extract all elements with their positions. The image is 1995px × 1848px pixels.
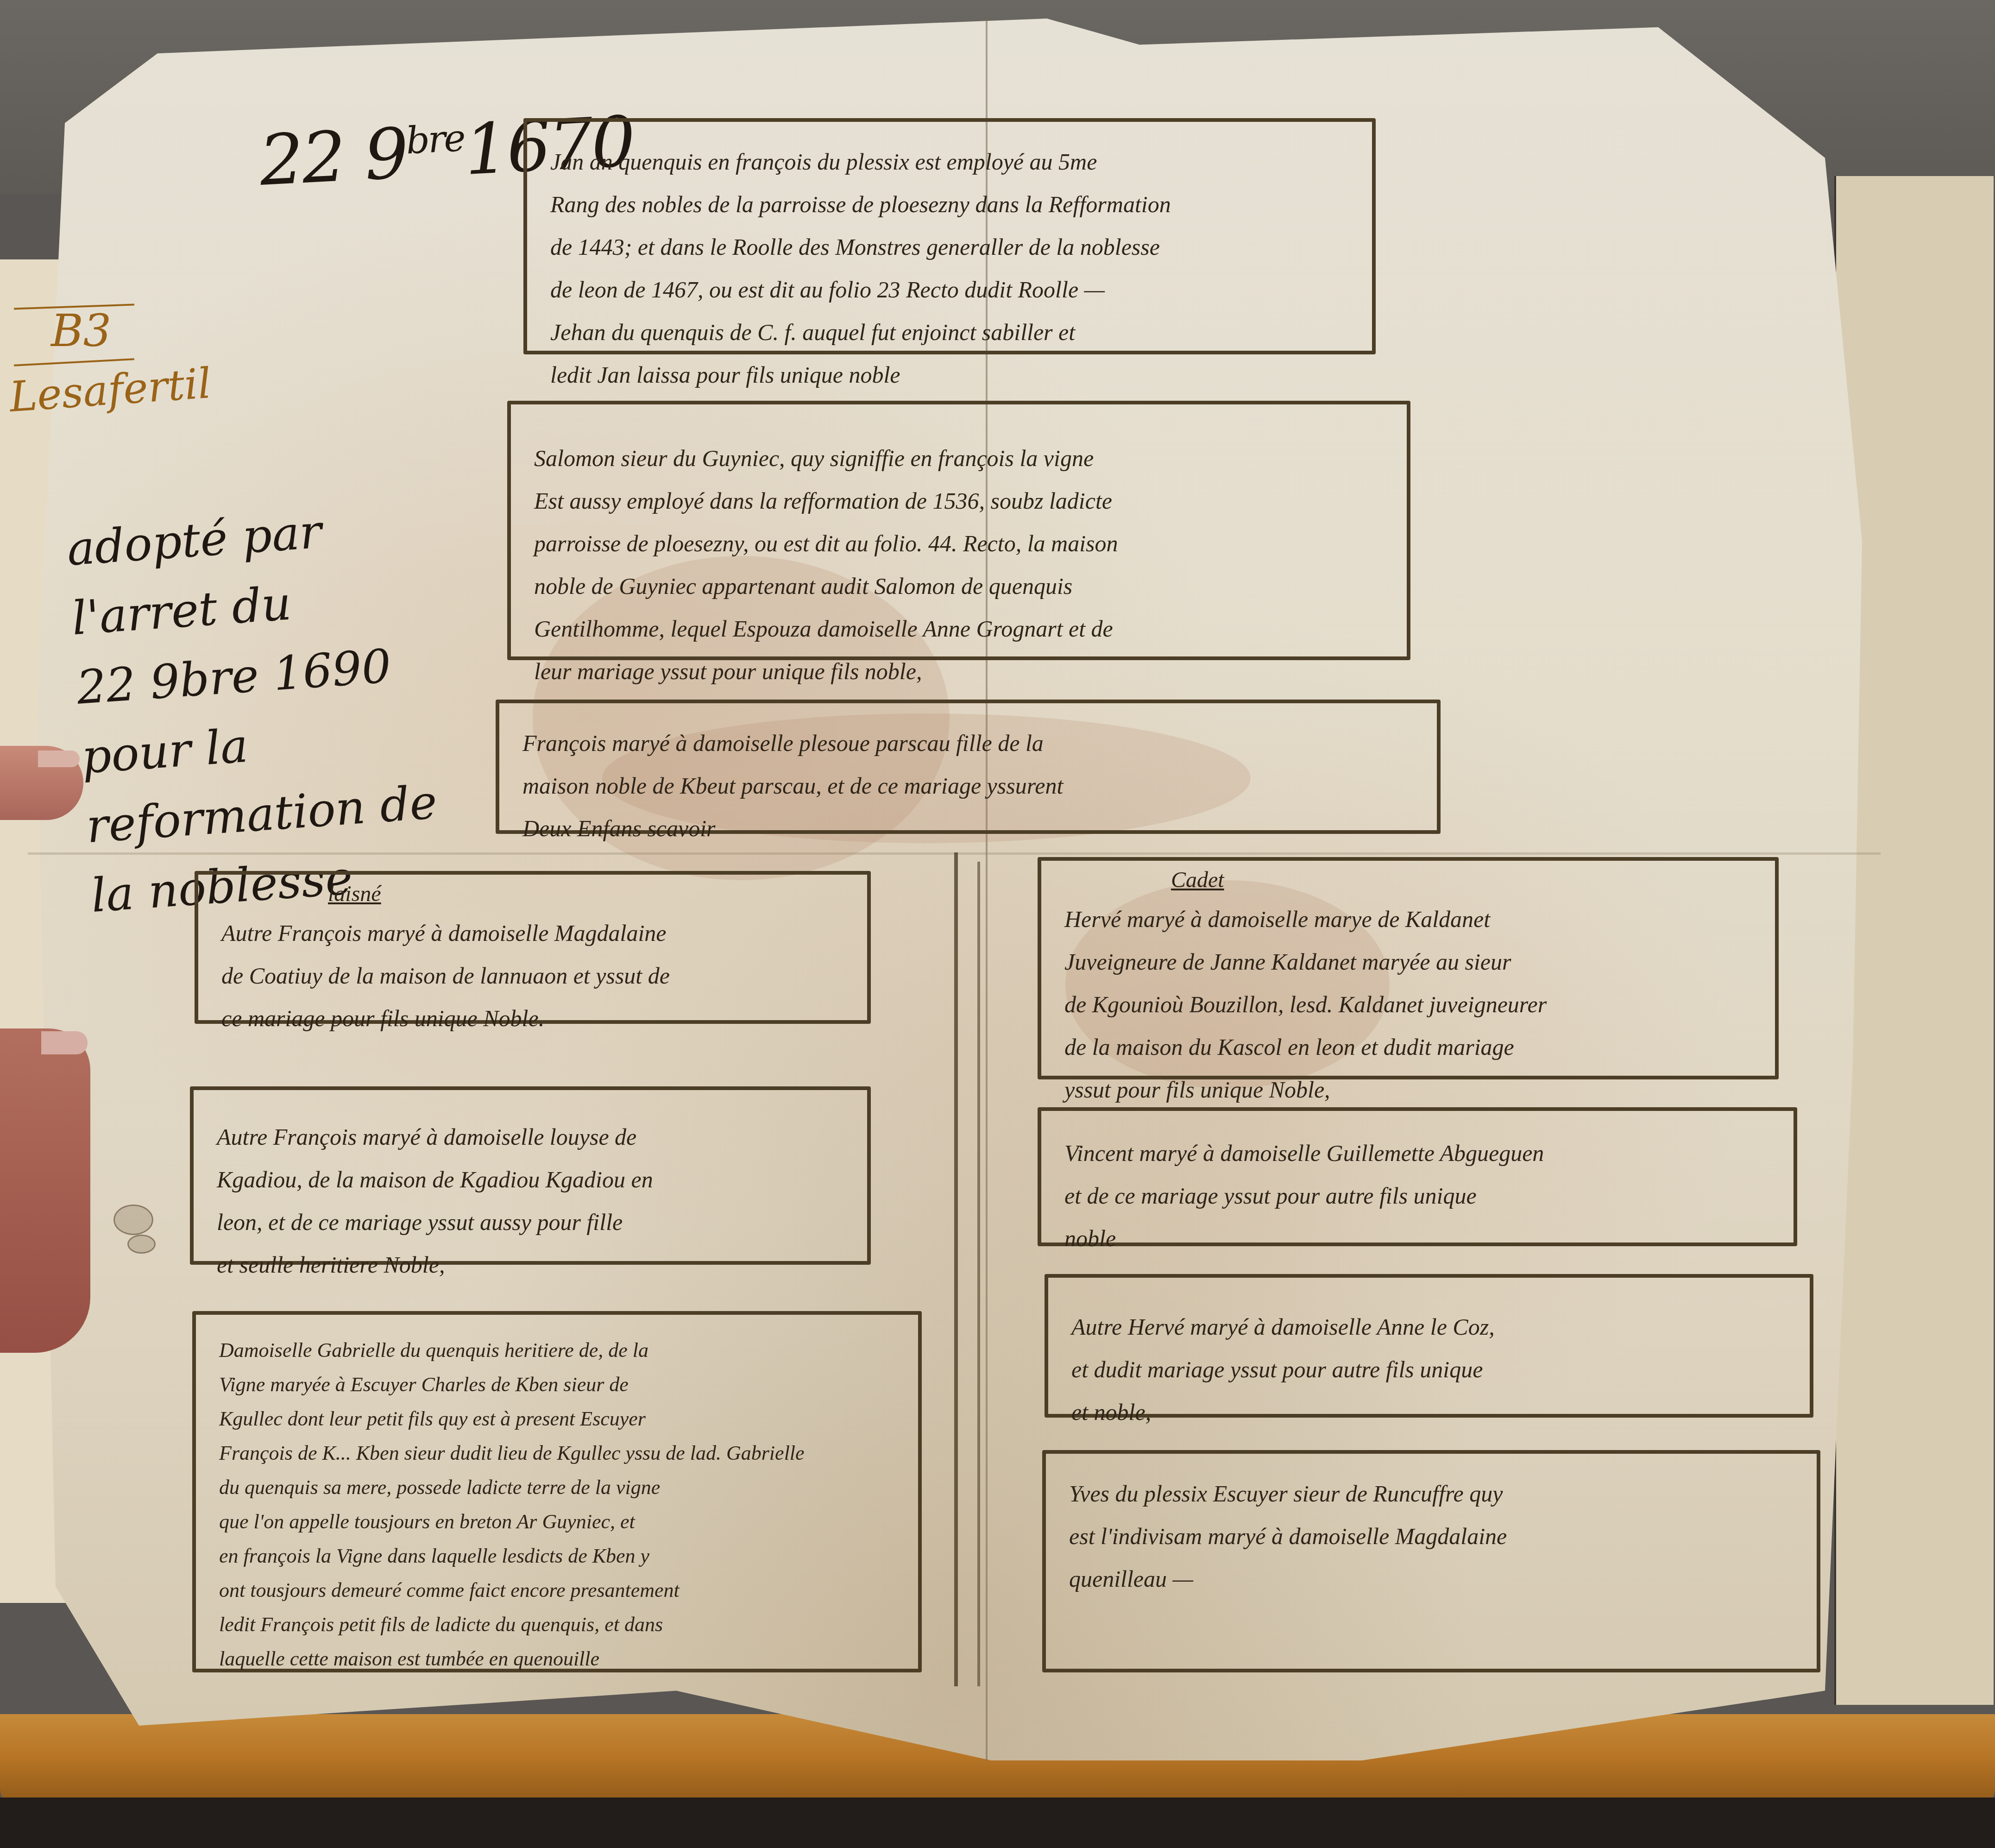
entry-line: Damoiselle Gabrielle du quenquis heritie…: [219, 1333, 895, 1368]
entry-line: Autre François maryé à damoiselle Magdal…: [221, 912, 844, 954]
entry-line: noble de Guyniec appartenant audit Salom…: [534, 565, 1384, 607]
thumb: [0, 1028, 90, 1353]
entry-line: et dudit mariage yssut pour autre fils u…: [1071, 1348, 1787, 1391]
wax-mark: [113, 1205, 153, 1235]
entry-tag-laisne: laisné: [328, 873, 381, 915]
entry-line: Autre François maryé à damoiselle louyse…: [217, 1116, 844, 1158]
finger: [0, 746, 83, 820]
entry-line: Jan an quenquis en françois du plessix e…: [550, 140, 1349, 183]
entry-tag-cadet: Cadet: [1171, 859, 1224, 902]
entry-box-yves-du-plessix: Yves du plessix Escuyer sieur de Runcuff…: [1042, 1450, 1820, 1672]
entry-line: Jehan du quenquis de C. f. auquel fut en…: [550, 311, 1349, 353]
entry-box-francois-parscau: François maryé à damoiselle plesoue pars…: [496, 700, 1441, 834]
entry-box-autre-francois-kgadiou: Autre François maryé à damoiselle louyse…: [190, 1086, 871, 1265]
entry-box-autre-herve-le-coz: Autre Hervé maryé à damoiselle Anne le C…: [1045, 1274, 1813, 1418]
wax-mark: [127, 1235, 156, 1254]
entry-line: de Kgounioù Bouzillon, lesd. Kaldanet ju…: [1064, 983, 1752, 1026]
entry-line: de leon de 1467, ou est dit au folio 23 …: [550, 268, 1349, 311]
entry-line: quenilleau —: [1069, 1558, 1794, 1600]
entry-line: laquelle cette maison est tumbée en quen…: [219, 1642, 895, 1676]
entry-line: ce mariage pour fils unique Noble.: [221, 997, 844, 1040]
entry-box-autre-francois-laisne: laisné Autre François maryé à damoiselle…: [195, 871, 871, 1024]
thumbnail: [41, 1031, 88, 1054]
entry-line: que l'on appelle tousjours en breton Ar …: [219, 1505, 895, 1539]
entry-box-herve-cadet: Cadet Hervé maryé à damoiselle marye de …: [1038, 857, 1779, 1079]
entry-line: est l'indivisam maryé à damoiselle Magda…: [1069, 1515, 1794, 1558]
floor-shadow: [0, 1798, 1995, 1848]
entry-line: ledit Jan laissa pour fils unique noble: [550, 353, 1349, 396]
underlying-sheet: [1834, 176, 1994, 1705]
entry-line: ont tousjours demeuré comme faict encore…: [219, 1573, 895, 1608]
entry-line: maison noble de Kbeut parscau, et de ce …: [522, 764, 1414, 807]
entry-line: Salomon sieur du Guyniec, quy signiffie …: [534, 437, 1384, 479]
column-divider-rule: [977, 862, 980, 1686]
reference-mark: B3: [51, 306, 111, 357]
entry-line: et noble,: [1071, 1391, 1787, 1433]
entry-line: ledit François petit fils de ladicte du …: [219, 1608, 895, 1642]
entry-line: leur mariage yssut pour unique fils nobl…: [534, 650, 1384, 693]
entry-line: Yves du plessix Escuyer sieur de Runcuff…: [1069, 1472, 1794, 1515]
fingernail: [38, 751, 80, 767]
entry-line: Kgullec dont leur petit fils quy est à p…: [219, 1402, 895, 1436]
entry-box-salomon-du-guyniec: Salomon sieur du Guyniec, quy signiffie …: [507, 401, 1410, 660]
entry-line: et seulle heritiere Noble,: [217, 1243, 844, 1286]
entry-line: de 1443; et dans le Roolle des Monstres …: [550, 226, 1349, 268]
holding-hand: [0, 741, 93, 1464]
entry-line: Rang des nobles de la parroisse de ploes…: [550, 183, 1349, 226]
adopted-note-line: adopté par l'arret du: [65, 487, 472, 653]
entry-line: François maryé à damoiselle plesoue pars…: [522, 722, 1414, 764]
entry-box-vincent: Vincent maryé à damoiselle Guillemette A…: [1038, 1107, 1797, 1246]
entry-line: Kgadiou, de la maison de Kgadiou Kgadiou…: [217, 1158, 844, 1201]
entry-line: de Coatiuy de la maison de lannuaon et y…: [221, 954, 844, 997]
entry-line: et de ce mariage yssut pour autre fils u…: [1064, 1174, 1770, 1217]
date-month: 9: [362, 114, 409, 196]
entry-line: François de K... Kben sieur dudit lieu d…: [219, 1436, 895, 1470]
entry-line: noble: [1064, 1217, 1770, 1260]
column-divider-rule: [954, 852, 958, 1686]
entry-line: de la maison du Kascol en leon et dudit …: [1064, 1026, 1752, 1068]
entry-line: Gentilhomme, lequel Espouza damoiselle A…: [534, 607, 1384, 650]
entry-line: parroisse de ploesezny, ou est dit au fo…: [534, 522, 1384, 565]
adopted-note-line: 22 9bre 1690 pour la: [75, 625, 482, 792]
entry-line: en françois la Vigne dans laquelle lesdi…: [219, 1539, 895, 1573]
entry-line: Deux Enfans scavoir: [522, 807, 1414, 850]
entry-line: Vincent maryé à damoiselle Guillemette A…: [1064, 1132, 1770, 1174]
entry-line: Autre Hervé maryé à damoiselle Anne le C…: [1071, 1306, 1787, 1348]
entry-line: du quenquis sa mere, possede ladicte ter…: [219, 1470, 895, 1505]
date-day: 22: [258, 117, 346, 202]
adopted-ruling-note: adopté par l'arret du 22 9bre 1690 pour …: [65, 487, 491, 931]
entry-line: Vigne maryée à Escuyer Charles de Kben s…: [219, 1368, 895, 1402]
date-month-suffix: bre: [405, 116, 465, 162]
entry-line: yssut pour fils unique Noble,: [1064, 1068, 1752, 1111]
entry-line: Juveigneure de Janne Kaldanet maryée au …: [1064, 940, 1752, 983]
entry-box-gabrielle-du-quenquis: Damoiselle Gabrielle du quenquis heritie…: [192, 1311, 922, 1672]
entry-line: Hervé maryé à damoiselle marye de Kaldan…: [1064, 898, 1752, 940]
entry-box-jan-du-quenquis: Jan an quenquis en françois du plessix e…: [523, 118, 1376, 354]
entry-line: leon, et de ce mariage yssut aussy pour …: [217, 1201, 844, 1243]
entry-line: Est aussy employé dans la refformation d…: [534, 479, 1384, 522]
